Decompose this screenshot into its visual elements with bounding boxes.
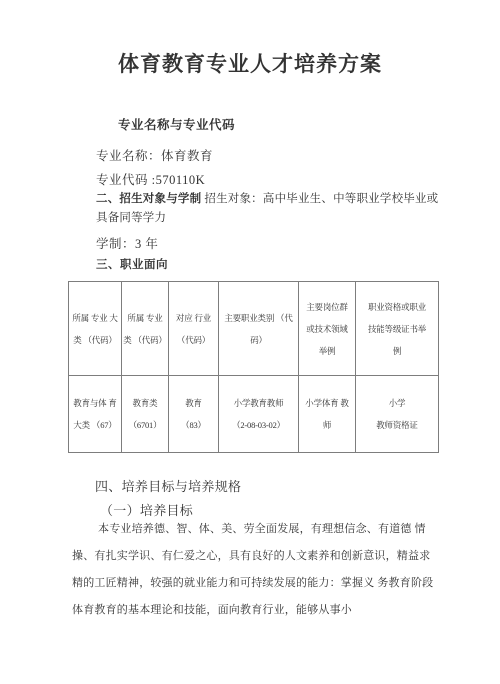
table-cell: 教育类 （6701） [122, 376, 169, 453]
section-heading-training-goals: 四、培养目标与培养规格 [95, 476, 241, 495]
training-goal-paragraph: 本专业培养德、智、体、美、劳全面发展，有理想信念、有道德 情 操、有扎实学识、有… [72, 516, 452, 624]
document-page: 体育教育专业人才培养方案 专业名称与专业代码 专业名称：体育教育 专业代码 :5… [0, 0, 500, 684]
table-row: 教育与体 育 大类 （67） 教育类 （6701） 教育 （83） 小学教育教师… [69, 376, 439, 453]
enrollment-section: 二、招生对象与学制 招生对象：高中毕业生、中等职业学校毕业或 具备同等学力 [96, 190, 456, 228]
table-header-cell: 职业资格或职业 技能等级证书举 例 [356, 282, 439, 376]
table-cell: 教育 （83） [169, 376, 219, 453]
table-header-row: 所属 专业 大 类 （代码） 所属 专业 类 （代码） 对应 行业 （代码） 主… [69, 282, 439, 376]
table-cell: 小学 教师资格证 [356, 376, 439, 453]
table-header-cell: 对应 行业 （代码） [169, 282, 219, 376]
schooling-length-line: 学制：3 年 [96, 234, 158, 252]
career-orientation-table: 所属 专业 大 类 （代码） 所属 专业 类 （代码） 对应 行业 （代码） 主… [68, 281, 439, 453]
major-name-line: 专业名称：体育教育 [96, 146, 213, 164]
section-heading-career-orientation: 三、职业面向 [96, 256, 168, 272]
major-code-line: 专业代码 :570110K [96, 170, 205, 188]
table-cell: 教育与体 育 大类 （67） [69, 376, 122, 453]
table-header-cell: 所属 专业 类 （代码） [122, 282, 169, 376]
table-header-cell: 主要职业类别 （代 码） [219, 282, 299, 376]
section-heading-major-name-code: 专业名称与专业代码 [118, 115, 235, 133]
table-cell: 小学体育 教 师 [299, 376, 356, 453]
table-cell: 小学教育教师 （2-08-03-02） [219, 376, 299, 453]
enrollment-heading: 二、招生对象与学制 [96, 193, 201, 205]
document-title: 体育教育专业人才培养方案 [0, 48, 500, 78]
table-header-cell: 所属 专业 大 类 （代码） [69, 282, 122, 376]
table-header-cell: 主要岗位群 或技术领域 举例 [299, 282, 356, 376]
